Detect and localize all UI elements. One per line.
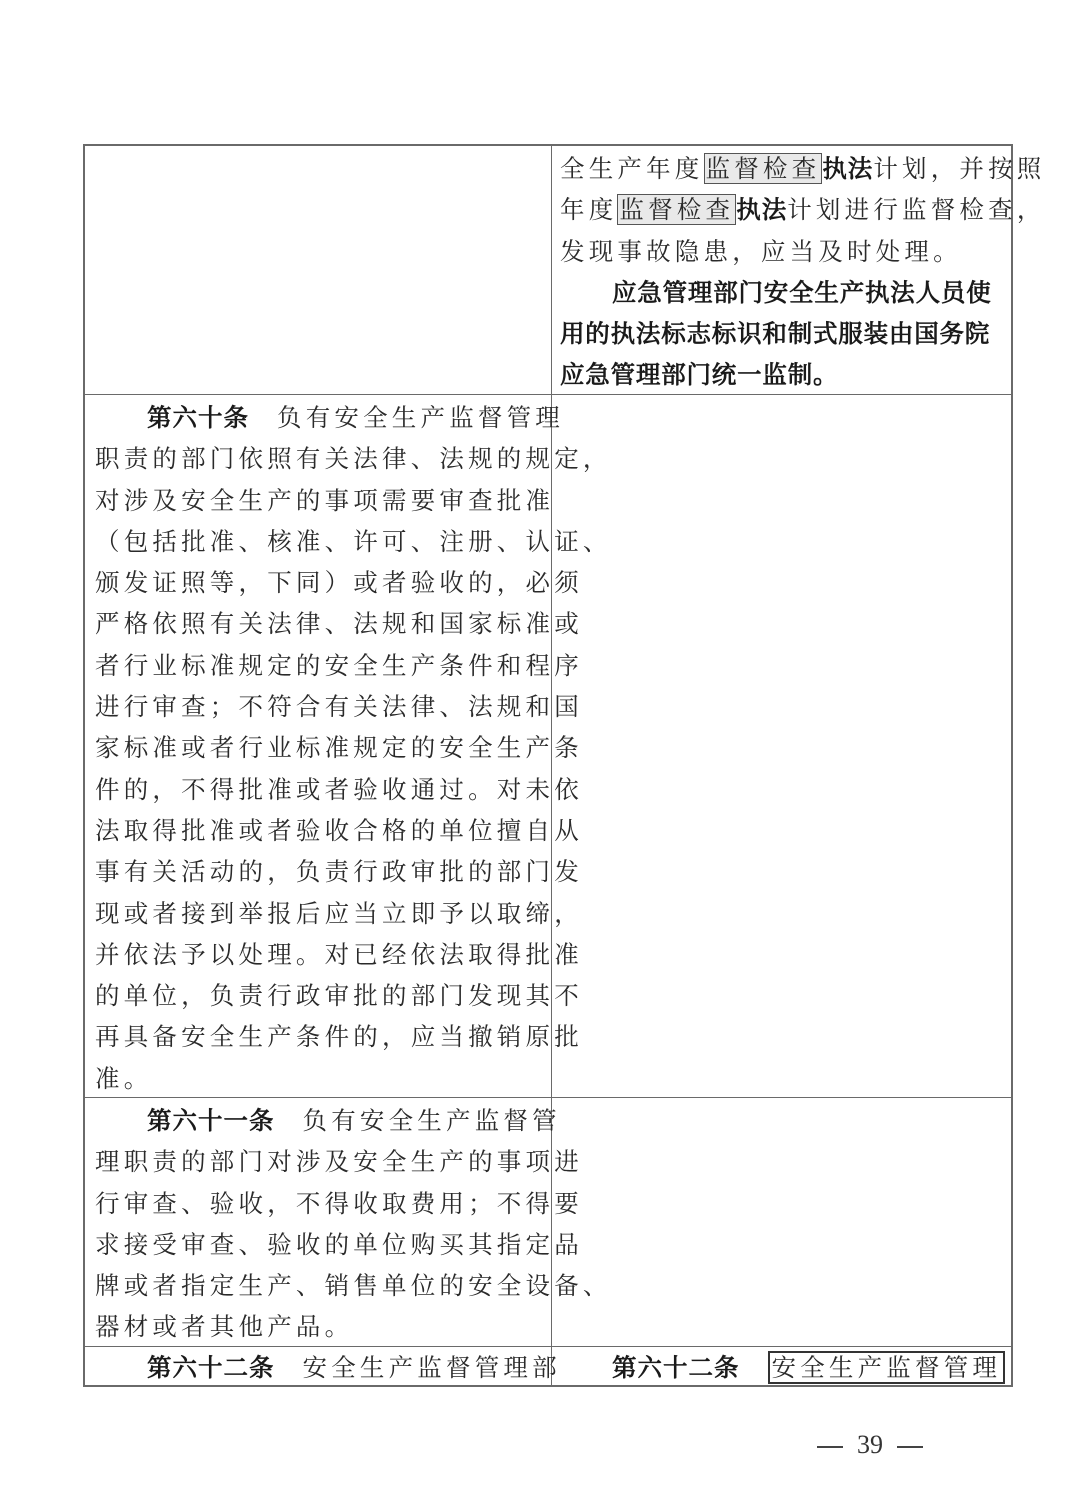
article-62-new: 第六十二条安全生产监督管理 [560,1347,1003,1388]
text-line: （包括批准、核准、许可、注册、认证、 [95,521,543,562]
text-line: 职责的部门依照有关法律、法规的规定， [95,438,543,479]
table-row: 第六十二条安全生产监督管理部 第六十二条安全生产监督管理 [85,1347,1011,1387]
article-62-old: 第六十二条安全生产监督管理部 [95,1347,543,1388]
comparison-table: 全生产年度监督检查执法计划，并按照 年度监督检查执法计划进行监督检查， 发现事故… [83,144,1013,1387]
text-line: 年度监督检查执法计划进行监督检查， [560,189,1003,230]
text: 全生产年度 [560,154,704,183]
article-number: 第六十一条 [147,1106,275,1135]
table-row: 第六十一条负有安全生产监督管 理职责的部门对涉及安全生产的事项进 行审查、验收，… [85,1098,1011,1347]
right-cell: 全生产年度监督检查执法计划，并按照 年度监督检查执法计划进行监督检查， 发现事故… [552,146,1011,394]
dash-right [897,1446,923,1448]
text-line: 器材或者其他产品。 [95,1306,543,1347]
text: 年度 [560,195,617,224]
left-cell: 第六十一条负有安全生产监督管 理职责的部门对涉及安全生产的事项进 行审查、验收，… [85,1098,552,1346]
article-number: 第六十条 [147,403,249,432]
text-line: 发现事故隐患，应当及时处理。 [560,231,1003,272]
right-cell-empty [552,395,1011,1097]
text: 计划，并按照 [873,154,1045,183]
left-cell: 第六十二条安全生产监督管理部 [85,1347,552,1387]
bold-line: 用的执法标志标识和制式服装由国务院 [560,313,1003,354]
text-line: 行审查、验收，不得收取费用；不得要 [95,1183,543,1224]
text-line: 第六十条负有安全生产监督管理 [95,397,543,438]
text-line: 求接受审查、验收的单位购买其指定品 [95,1224,543,1265]
text-line: 者行业标准规定的安全生产条件和程序 [95,645,543,686]
text-line: 全生产年度监督检查执法计划，并按照 [560,148,1003,189]
text-line: 件的，不得批准或者验收通过。对未依 [95,769,543,810]
highlighted-text: 监督检查 [704,153,823,184]
right-cell: 第六十二条安全生产监督管理 [552,1347,1011,1387]
text: 计划进行监督检查， [787,195,1045,224]
text-line: 牌或者指定生产、销售单位的安全设备、 [95,1265,543,1306]
text-line: 第六十一条负有安全生产监督管 [95,1100,543,1141]
text: 负有安全生产监督管 [303,1106,561,1135]
text-line: 的单位，负责行政审批的部门发现其不 [95,975,543,1016]
left-cell: 第六十条负有安全生产监督管理 职责的部门依照有关法律、法规的规定， 对涉及安全生… [85,395,552,1097]
text-line: 进行审查；不符合有关法律、法规和国 [95,686,543,727]
paragraph: 全生产年度监督检查执法计划，并按照 年度监督检查执法计划进行监督检查， 发现事故… [560,148,1003,396]
text-line: 法取得批准或者验收合格的单位擅自从 [95,810,543,851]
page-number: 39 [800,1430,940,1460]
text-line: 准。 [95,1058,543,1099]
text-line: 家标准或者行业标准规定的安全生产条 [95,727,543,768]
article-60: 第六十条负有安全生产监督管理 职责的部门依照有关法律、法规的规定， 对涉及安全生… [95,397,543,1099]
table-row: 第六十条负有安全生产监督管理 职责的部门依照有关法律、法规的规定， 对涉及安全生… [85,395,1011,1098]
text-line: 现或者接到举报后应当立即予以取缔， [95,893,543,934]
text-line: 严格依照有关法律、法规和国家标准或 [95,603,543,644]
text-line: 理职责的部门对涉及安全生产的事项进 [95,1141,543,1182]
text-line: 第六十二条安全生产监督管理 [560,1347,1003,1388]
table-row: 全生产年度监督检查执法计划，并按照 年度监督检查执法计划进行监督检查， 发现事故… [85,146,1011,395]
article-61: 第六十一条负有安全生产监督管 理职责的部门对涉及安全生产的事项进 行审查、验收，… [95,1100,543,1348]
text-line: 并依法予以处理。对已经依法取得批准 [95,934,543,975]
right-cell-empty [552,1098,1011,1346]
text: 负有安全生产监督管理 [277,403,564,432]
dash-left [817,1446,843,1448]
bold-line: 应急管理部门安全生产执法人员使 [560,272,1003,313]
left-cell-empty [85,146,552,394]
article-number: 第六十二条 [147,1353,275,1382]
highlighted-text: 监督检查 [617,194,736,225]
bold-line: 应急管理部门统一监制。 [560,354,1003,395]
text-line: 颁发证照等，下同）或者验收的，必须 [95,562,543,603]
article-number: 第六十二条 [612,1353,740,1382]
text: 安全生产监督管理部 [303,1353,561,1382]
bold-text: 执法 [822,154,873,183]
page-number-text: 39 [857,1430,883,1459]
text: 发现事故隐患，应当及时处理。 [560,237,962,266]
text-line: 对涉及安全生产的事项需要审查批准 [95,480,543,521]
highlighted-text: 安全生产监督管理 [768,1351,1006,1384]
bold-text: 执法 [736,195,787,224]
text-line: 再具备安全生产条件的，应当撤销原批 [95,1016,543,1057]
text-line: 第六十二条安全生产监督管理部 [95,1347,543,1388]
text-line: 事有关活动的，负责行政审批的部门发 [95,851,543,892]
